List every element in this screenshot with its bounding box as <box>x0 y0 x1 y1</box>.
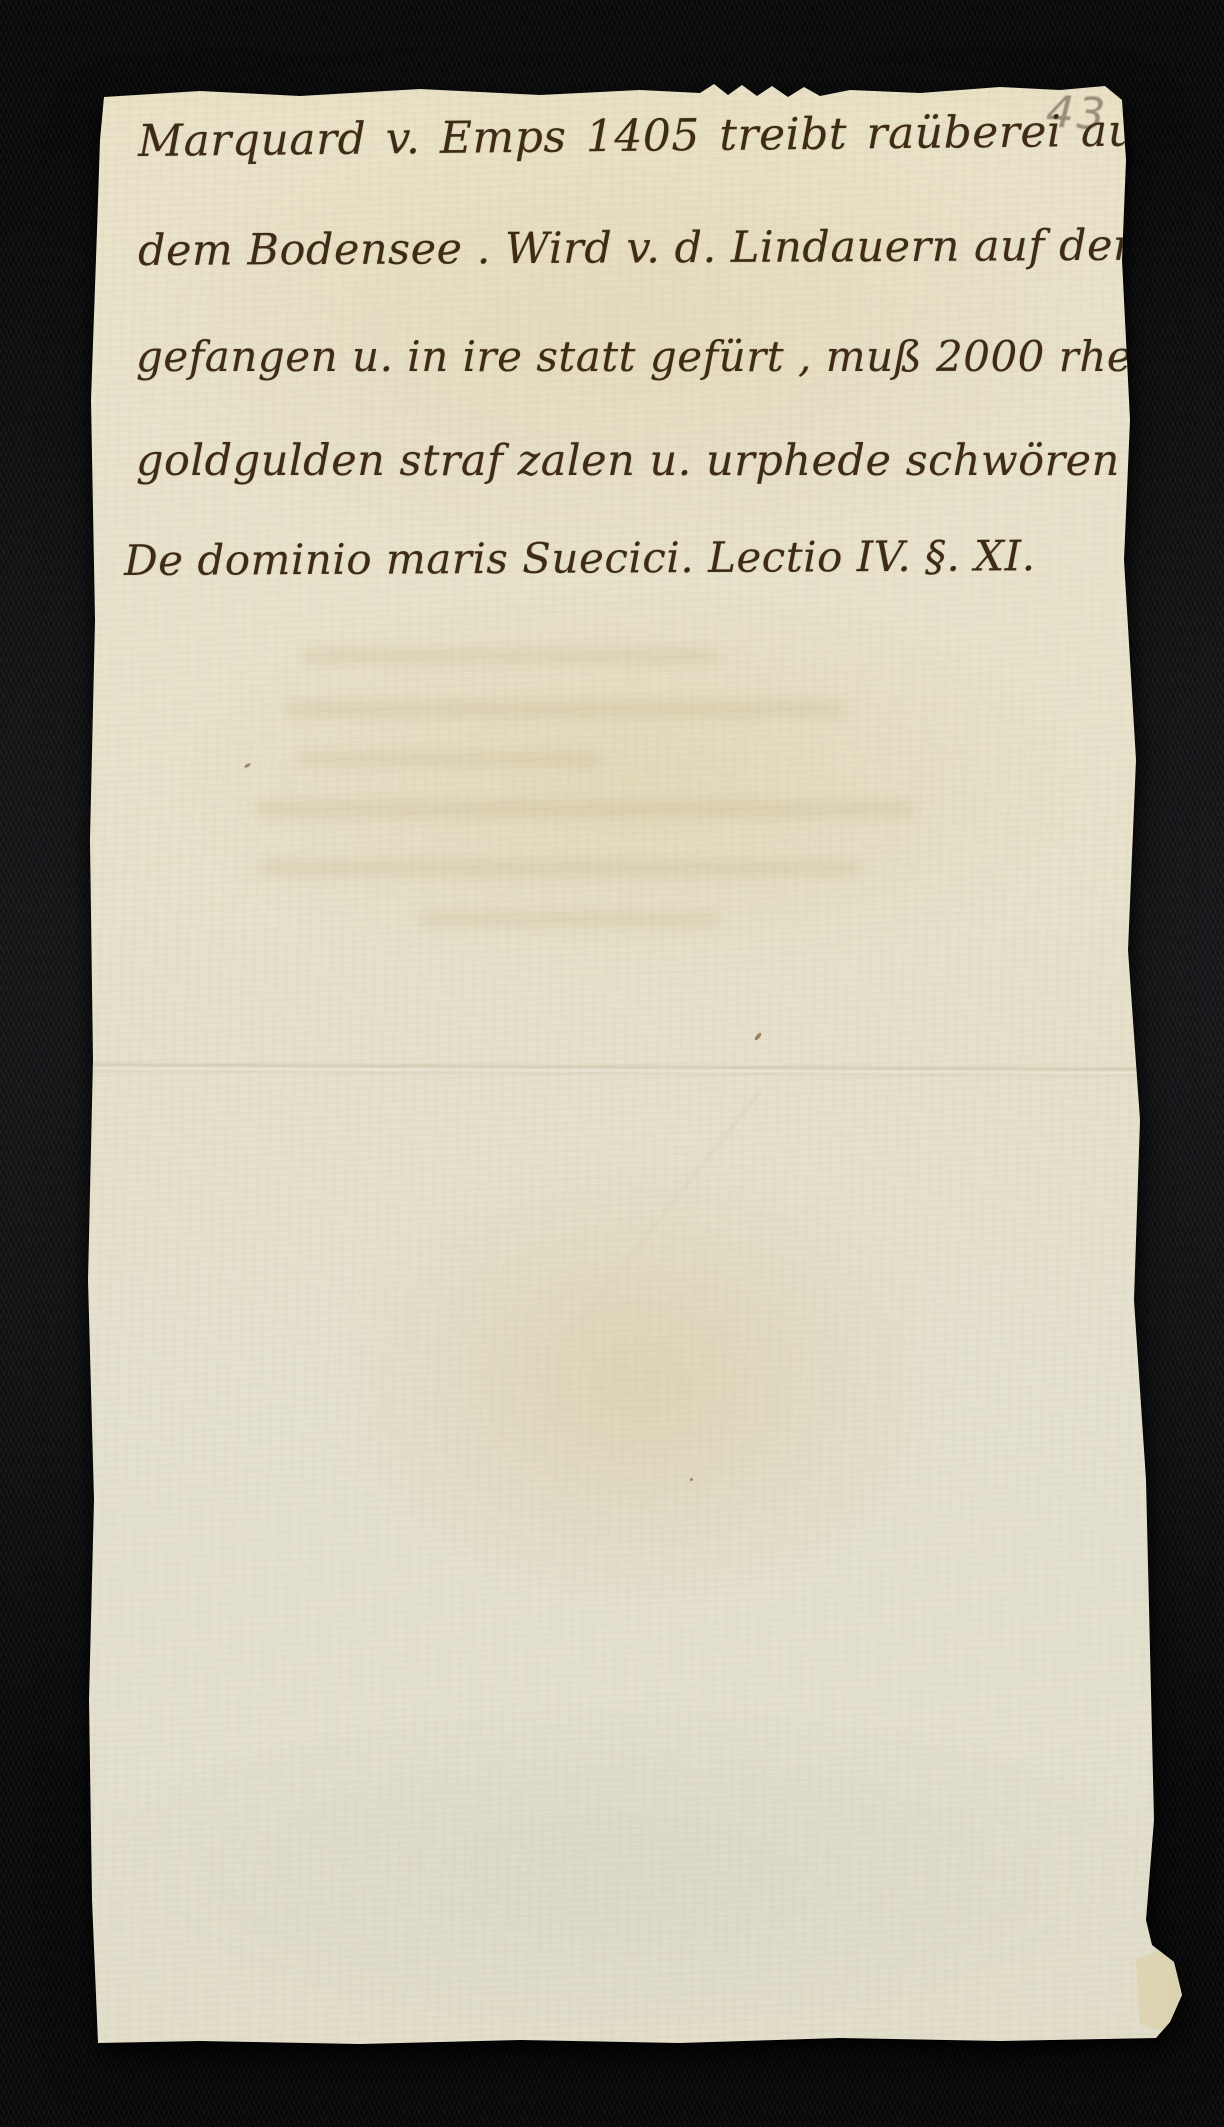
paper-stain <box>180 580 1080 980</box>
handwritten-line-1: Marquard v. Emps 1405 treibt raüberei au… <box>138 105 1154 167</box>
paper-stain <box>100 1700 1150 2030</box>
crease-line <box>557 1089 762 1350</box>
ink-bleed-through <box>420 912 720 926</box>
paper-stain <box>330 1150 950 1610</box>
handwritten-line-5: De dominio maris Suecici. Lectio IV. §. … <box>124 531 1036 585</box>
paper-speck <box>690 1478 693 1481</box>
paper-shadow: 43 Marquard v. Emps 1405 treibt raüberei… <box>0 0 1224 2127</box>
ink-bleed-through <box>300 752 600 766</box>
ink-bleed-through <box>285 700 845 718</box>
handwritten-line-3: gefangen u. in ire statt gefürt , muß 20… <box>136 332 1188 381</box>
torn-corner <box>1136 1948 1182 2034</box>
handwritten-line-2: dem Bodensee . Wird v. d. Lindauern auf … <box>138 220 1224 276</box>
paper-speck <box>244 762 252 768</box>
archival-scan-background: 43 Marquard v. Emps 1405 treibt raüberei… <box>0 0 1224 2127</box>
manuscript-paper: 43 Marquard v. Emps 1405 treibt raüberei… <box>0 0 1224 2127</box>
handwritten-line-4: goldgulden straf zalen u. urphede schwör… <box>136 436 1148 486</box>
ink-bleed-through <box>255 800 915 818</box>
paper-speck <box>754 1032 763 1041</box>
ink-bleed-through <box>260 860 860 876</box>
ink-bleed-through <box>300 648 720 664</box>
fold-crease <box>86 1062 1144 1078</box>
